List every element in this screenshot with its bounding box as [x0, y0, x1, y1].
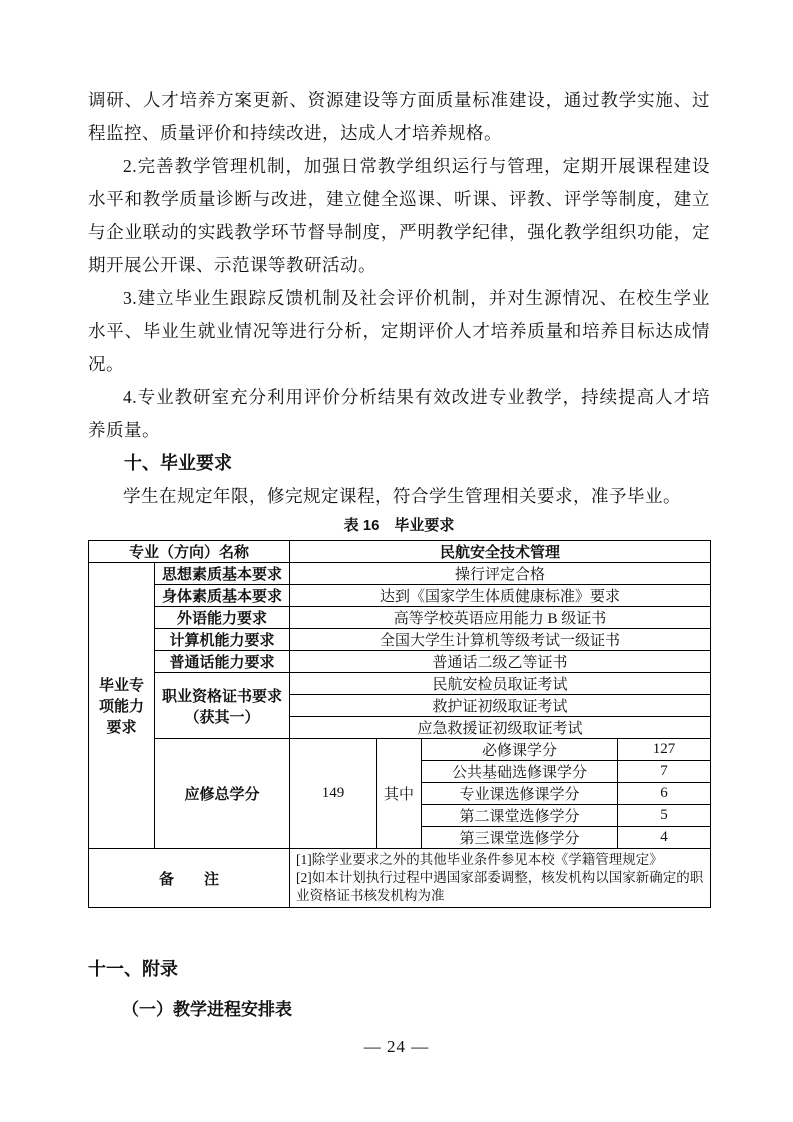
requirement-label: 思想素质基本要求	[155, 563, 290, 585]
section-11-heading: 十一、附录	[88, 956, 710, 982]
table-row: 应修总学分 149 其中 必修课学分 127	[89, 739, 711, 761]
credit-item-name: 第二课堂选修学分	[422, 805, 618, 827]
credit-item-value: 4	[618, 827, 711, 849]
table-row: 计算机能力要求 全国大学生计算机等级考试一级证书	[89, 629, 711, 651]
certificate-label-line2: （获其一）	[158, 706, 286, 727]
credit-item-name: 第三课堂选修学分	[422, 827, 618, 849]
section-11-subheading: （一）教学进程安排表	[88, 997, 710, 1023]
paragraph-4: 4.专业教研室充分利用评价分析结果有效改进专业教学，持续提高人才培养质量。	[88, 381, 710, 447]
requirement-value: 全国大学生计算机等级考试一级证书	[290, 629, 711, 651]
table-row: 普通话能力要求 普通话二级乙等证书	[89, 651, 711, 673]
table-row: 外语能力要求 高等学校英语应用能力 B 级证书	[89, 607, 711, 629]
among-label: 其中	[377, 739, 422, 849]
certificate-option: 应急救援证初级取证考试	[290, 717, 711, 739]
certificate-label-line1: 职业资格证书要求	[158, 685, 286, 706]
table-note-row: 备 注 [1]除学业要求之外的其他毕业条件参见本校《学籍管理规定》 [2]如本计…	[89, 849, 711, 908]
page-content: 调研、人才培养方案更新、资源建设等方面质量标准建设，通过教学实施、过程监控、质量…	[88, 84, 710, 1023]
major-name-value: 民航安全技术管理	[290, 541, 711, 563]
page-number: — 24 —	[0, 1037, 793, 1057]
requirement-label: 外语能力要求	[155, 607, 290, 629]
side-label-cell: 毕业专项能力要求	[89, 563, 155, 849]
document-page: { "body": { "paragraphs": [ "调研、人才培养方案更新…	[0, 0, 793, 1122]
certificate-option: 救护证初级取证考试	[290, 695, 711, 717]
requirement-value: 操行评定合格	[290, 563, 711, 585]
requirement-value: 普通话二级乙等证书	[290, 651, 711, 673]
credit-item-value: 6	[618, 783, 711, 805]
certificate-option: 民航安检员取证考试	[290, 673, 711, 695]
requirement-label: 计算机能力要求	[155, 629, 290, 651]
note-label: 备 注	[89, 849, 290, 908]
requirement-value: 达到《国家学生体质健康标准》要求	[290, 585, 711, 607]
total-credits-value: 149	[290, 739, 377, 849]
section-10-text: 学生在规定年限，修完规定课程，符合学生管理相关要求，准予毕业。	[88, 480, 710, 513]
note-line-1: [1]除学业要求之外的其他毕业条件参见本校《学籍管理规定》	[296, 851, 704, 869]
credit-item-name: 必修课学分	[422, 739, 618, 761]
credit-item-value: 5	[618, 805, 711, 827]
requirement-label: 普通话能力要求	[155, 651, 290, 673]
paragraph-3: 3.建立毕业生跟踪反馈机制及社会评价机制，并对生源情况、在校生学业水平、毕业生就…	[88, 282, 710, 381]
table-row: 毕业专项能力要求 思想素质基本要求 操行评定合格	[89, 563, 711, 585]
paragraph-2: 2.完善教学管理机制，加强日常教学组织运行与管理，定期开展课程建设水平和教学质量…	[88, 150, 710, 282]
note-content: [1]除学业要求之外的其他毕业条件参见本校《学籍管理规定》 [2]如本计划执行过…	[290, 849, 711, 908]
table-row: 身体素质基本要求 达到《国家学生体质健康标准》要求	[89, 585, 711, 607]
graduation-requirements-table: 专业（方向）名称 民航安全技术管理 毕业专项能力要求 思想素质基本要求 操行评定…	[88, 540, 711, 908]
certificate-requirement-label: 职业资格证书要求 （获其一）	[155, 673, 290, 739]
table-header-row: 专业（方向）名称 民航安全技术管理	[89, 541, 711, 563]
credit-item-value: 7	[618, 761, 711, 783]
requirement-value: 高等学校英语应用能力 B 级证书	[290, 607, 711, 629]
credit-item-name: 专业课选修课学分	[422, 783, 618, 805]
credit-item-value: 127	[618, 739, 711, 761]
requirement-label: 身体素质基本要求	[155, 585, 290, 607]
paragraph-continuation: 调研、人才培养方案更新、资源建设等方面质量标准建设，通过教学实施、过程监控、质量…	[88, 84, 710, 150]
total-credits-label: 应修总学分	[155, 739, 290, 849]
note-line-2: [2]如本计划执行过程中遇国家部委调整，核发机构以国家新确定的职业资格证书核发机…	[296, 869, 704, 905]
major-name-label: 专业（方向）名称	[89, 541, 290, 563]
section-10-heading: 十、毕业要求	[88, 447, 710, 480]
table-caption: 表 16 毕业要求	[88, 516, 710, 536]
credit-item-name: 公共基础选修课学分	[422, 761, 618, 783]
table-row: 职业资格证书要求 （获其一） 民航安检员取证考试	[89, 673, 711, 695]
